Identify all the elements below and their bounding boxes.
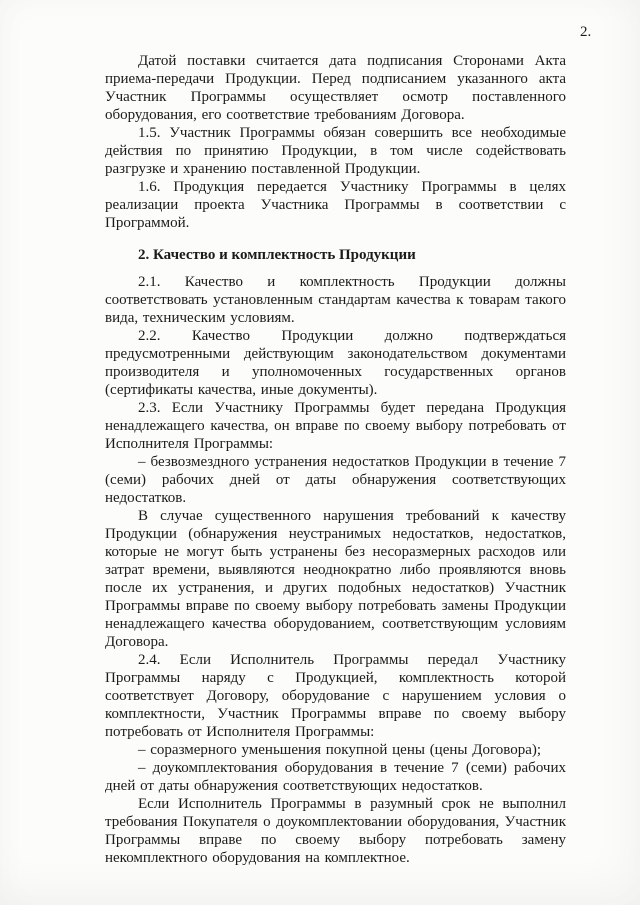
paragraph: Датой поставки считается дата подписания… [105, 52, 566, 124]
paragraph: Если Исполнитель Программы в разумный ср… [105, 795, 566, 867]
paragraph: В случае существенного нарушения требова… [105, 507, 566, 651]
paragraph-2-3: 2.3. Если Участнику Программы будет пере… [105, 399, 566, 453]
list-item-dash: – безвозмездного устранения недостатков … [105, 453, 566, 507]
document-content: Датой поставки считается дата подписания… [105, 52, 566, 867]
paragraph-2-4: 2.4. Если Исполнитель Программы передал … [105, 651, 566, 741]
paragraph-2-1: 2.1. Качество и комплектность Продукции … [105, 273, 566, 327]
list-item-dash: – соразмерного уменьшения покупной цены … [105, 741, 566, 759]
document-page: 2. Датой поставки считается дата подписа… [0, 0, 640, 905]
paragraph-1-5: 1.5. Участник Программы обязан совершить… [105, 124, 566, 178]
page-number: 2. [580, 24, 591, 41]
section-heading: 2. Качество и комплектность Продукции [105, 246, 566, 264]
list-item-dash: – доукомплектования оборудования в течен… [105, 759, 566, 795]
paragraph-1-6: 1.6. Продукция передается Участнику Прог… [105, 178, 566, 232]
paragraph-2-2: 2.2. Качество Продукции должно подтвержд… [105, 327, 566, 399]
